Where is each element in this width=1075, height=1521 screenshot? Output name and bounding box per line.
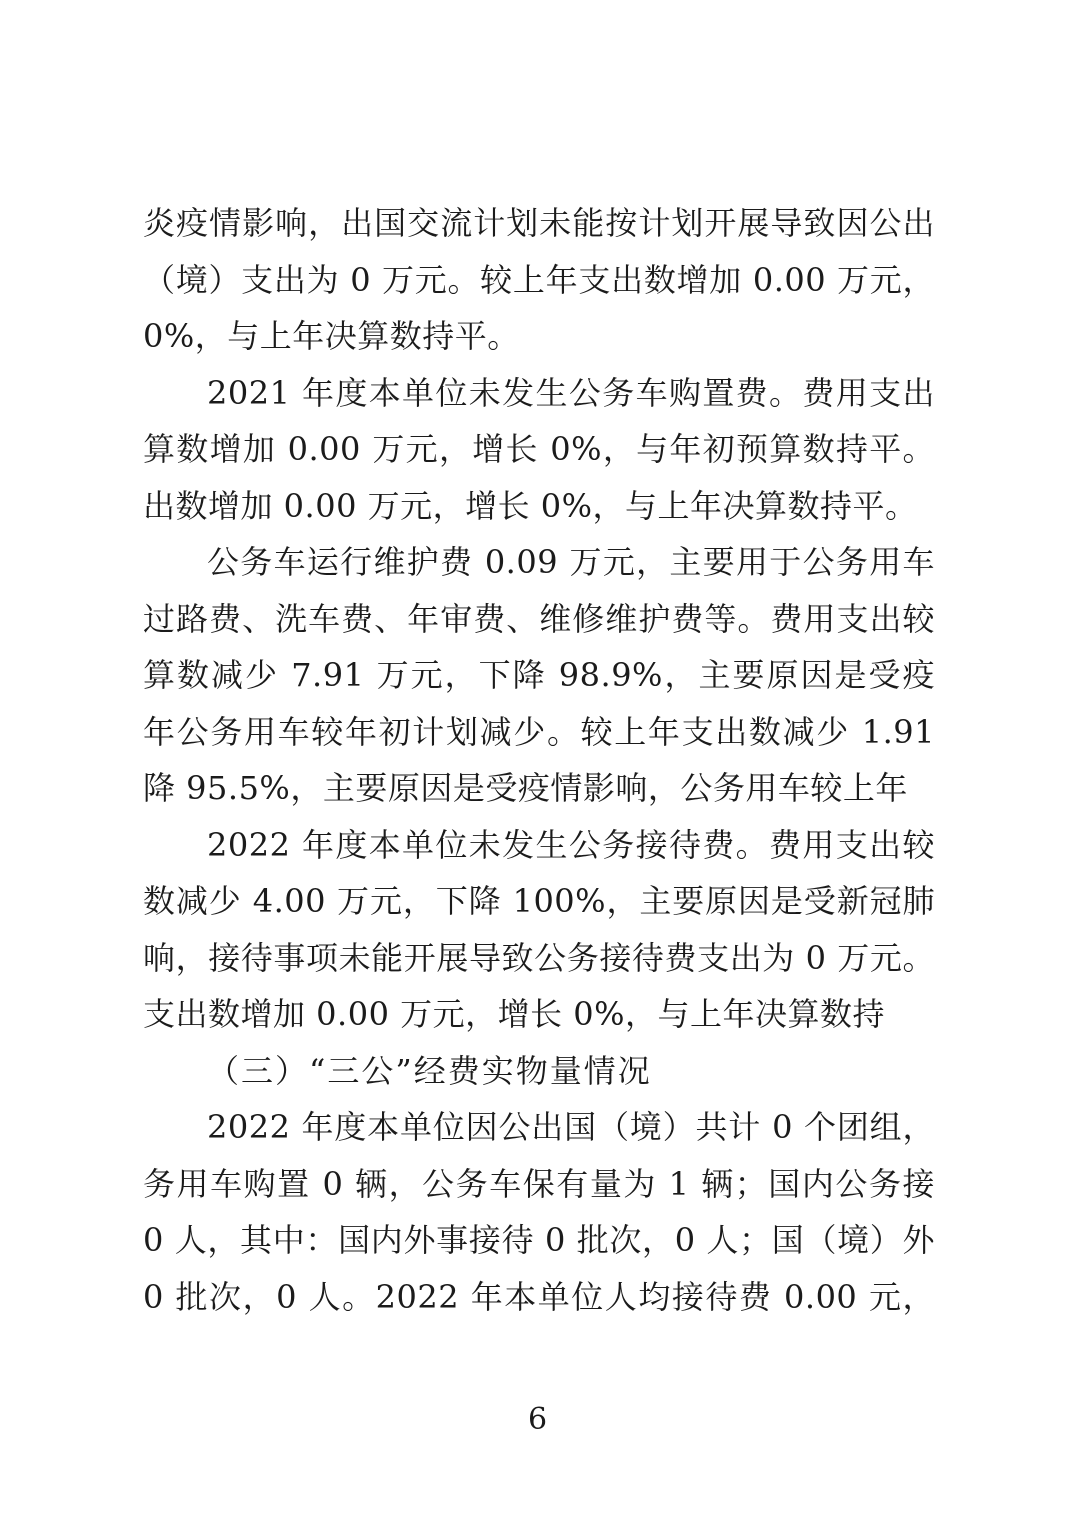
text-line: 出数增加 0.00 万元，增长 0%，与上年决算数持平。 [143,478,935,535]
text-line: 算数增加 0.00 万元，增长 0%，与年初预算数持平。较上年支 [143,421,935,478]
text-line: 2022 年度本单位因公出国（境）共计 0 个团组，0 人；公 [143,1099,935,1156]
text-line: 支出数增加 0.00 万元，增长 0%，与上年决算数持平。 [143,986,935,1043]
text-line: 年公务用车较年初计划减少。较上年支出数减少 1.91 万元，下 [143,704,935,761]
document-body: 炎疫情影响，出国交流计划未能按计划开展导致因公出国 （境）支出为 0 万元。较上… [143,195,935,1325]
text-line: （境）支出为 0 万元。较上年支出数增加 0.00 万元，增长 [143,252,935,309]
text-line: 数减少 4.00 万元，下降 100%，主要原因是受新冠肺炎疫情影 [143,873,935,930]
text-line: 0 人，其中：国内外事接待 0 批次，0 人；国（境）外公务接待 [143,1212,935,1269]
text-line: 公务车运行维护费 0.09 万元，主要用于公务用车停车费、 [143,534,935,591]
text-line: 0%，与上年决算数持平。 [143,308,935,365]
text-line: 炎疫情影响，出国交流计划未能按计划开展导致因公出国 [143,195,935,252]
text-line: 算数减少 7.91 万元，下降 98.9%，主要原因是受疫情影响，当 [143,647,935,704]
text-line: 0 批次，0 人。2022 年本单位人均接待费 0.00 元，车均购置费 [143,1269,935,1326]
text-line: 2022 年度本单位未发生公务接待费。费用支出较年初预算 [143,817,935,874]
document-page: 炎疫情影响，出国交流计划未能按计划开展导致因公出国 （境）支出为 0 万元。较上… [0,0,1075,1521]
section-heading: （三）“三公”经费实物量情况 [143,1043,935,1100]
text-line: 过路费、洗车费、年审费、维修维护费等。费用支出较年初预 [143,591,935,648]
text-line: 2021 年度本单位未发生公务车购置费。费用支出较年初预 [143,365,935,422]
text-line: 务用车购置 0 辆，公务车保有量为 1 辆；国内公务接待 0 批次 [143,1156,935,1213]
page-number: 6 [0,1400,1075,1440]
text-line: 降 95.5%，主要原因是受疫情影响，公务用车较上年减少。 [143,760,935,817]
text-line: 响，接待事项未能开展导致公务接待费支出为 0 万元。较上年 [143,930,935,987]
